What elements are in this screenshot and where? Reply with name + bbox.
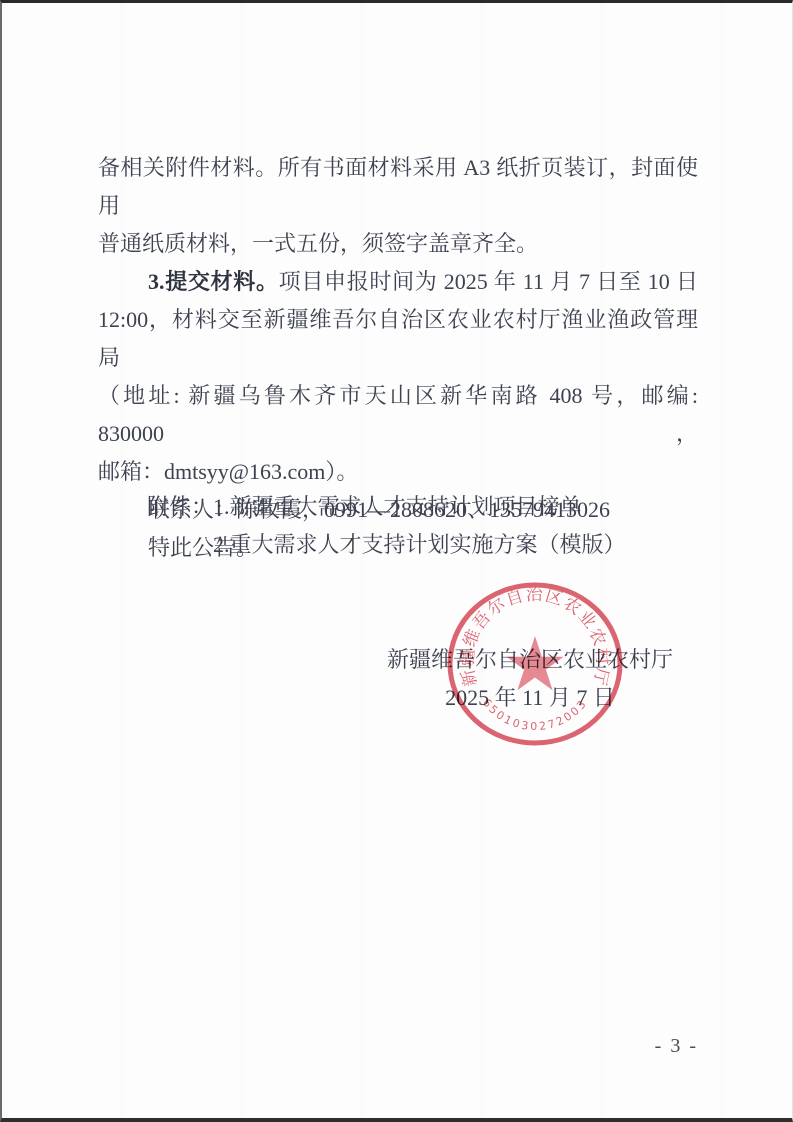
official-seal-stamp: 新疆维吾尔自治区农业农村厅 6501030272003 [445, 580, 625, 748]
text-line: 3.提交材料。项目申报时间为 2025 年 11 月 7 日至 10 日 [98, 263, 698, 301]
attachment-items: 1.新疆重大需求人才支持计划项目榜单2.重大需求人才支持计划实施方案（模版） [213, 488, 626, 564]
attachment-item: 1.新疆重大需求人才支持计划项目榜单 [213, 488, 626, 526]
attachment-item: 2.重大需求人才支持计划实施方案（模版） [213, 526, 626, 564]
text-line: 邮箱：dmtsyy@163.com）。 [98, 453, 698, 491]
text-line: 备相关附件材料。所有书面材料采用 A3 纸折页装订，封面使用 [98, 149, 698, 225]
page-number: - 3 - [655, 1035, 698, 1058]
attachment-label: 附件： [147, 488, 213, 564]
text-line: （地址: 新疆乌鲁木齐市天山区新华南路 408 号，邮编: 830000， [98, 377, 698, 453]
seal-serial-number: 6501030272003 [480, 696, 590, 733]
text-line: 12:00，材料交至新疆维吾尔自治区农业农村厅渔业渔政管理局 [98, 301, 698, 377]
text-line: 普通纸质材料，一式五份，须签字盖章齐全。 [98, 225, 698, 263]
star-icon [507, 636, 564, 690]
document-page: 备相关附件材料。所有书面材料采用 A3 纸折页装订，封面使用普通纸质材料，一式五… [0, 0, 793, 1122]
attachment-block: 附件： 1.新疆重大需求人才支持计划项目榜单2.重大需求人才支持计划实施方案（模… [98, 488, 698, 564]
